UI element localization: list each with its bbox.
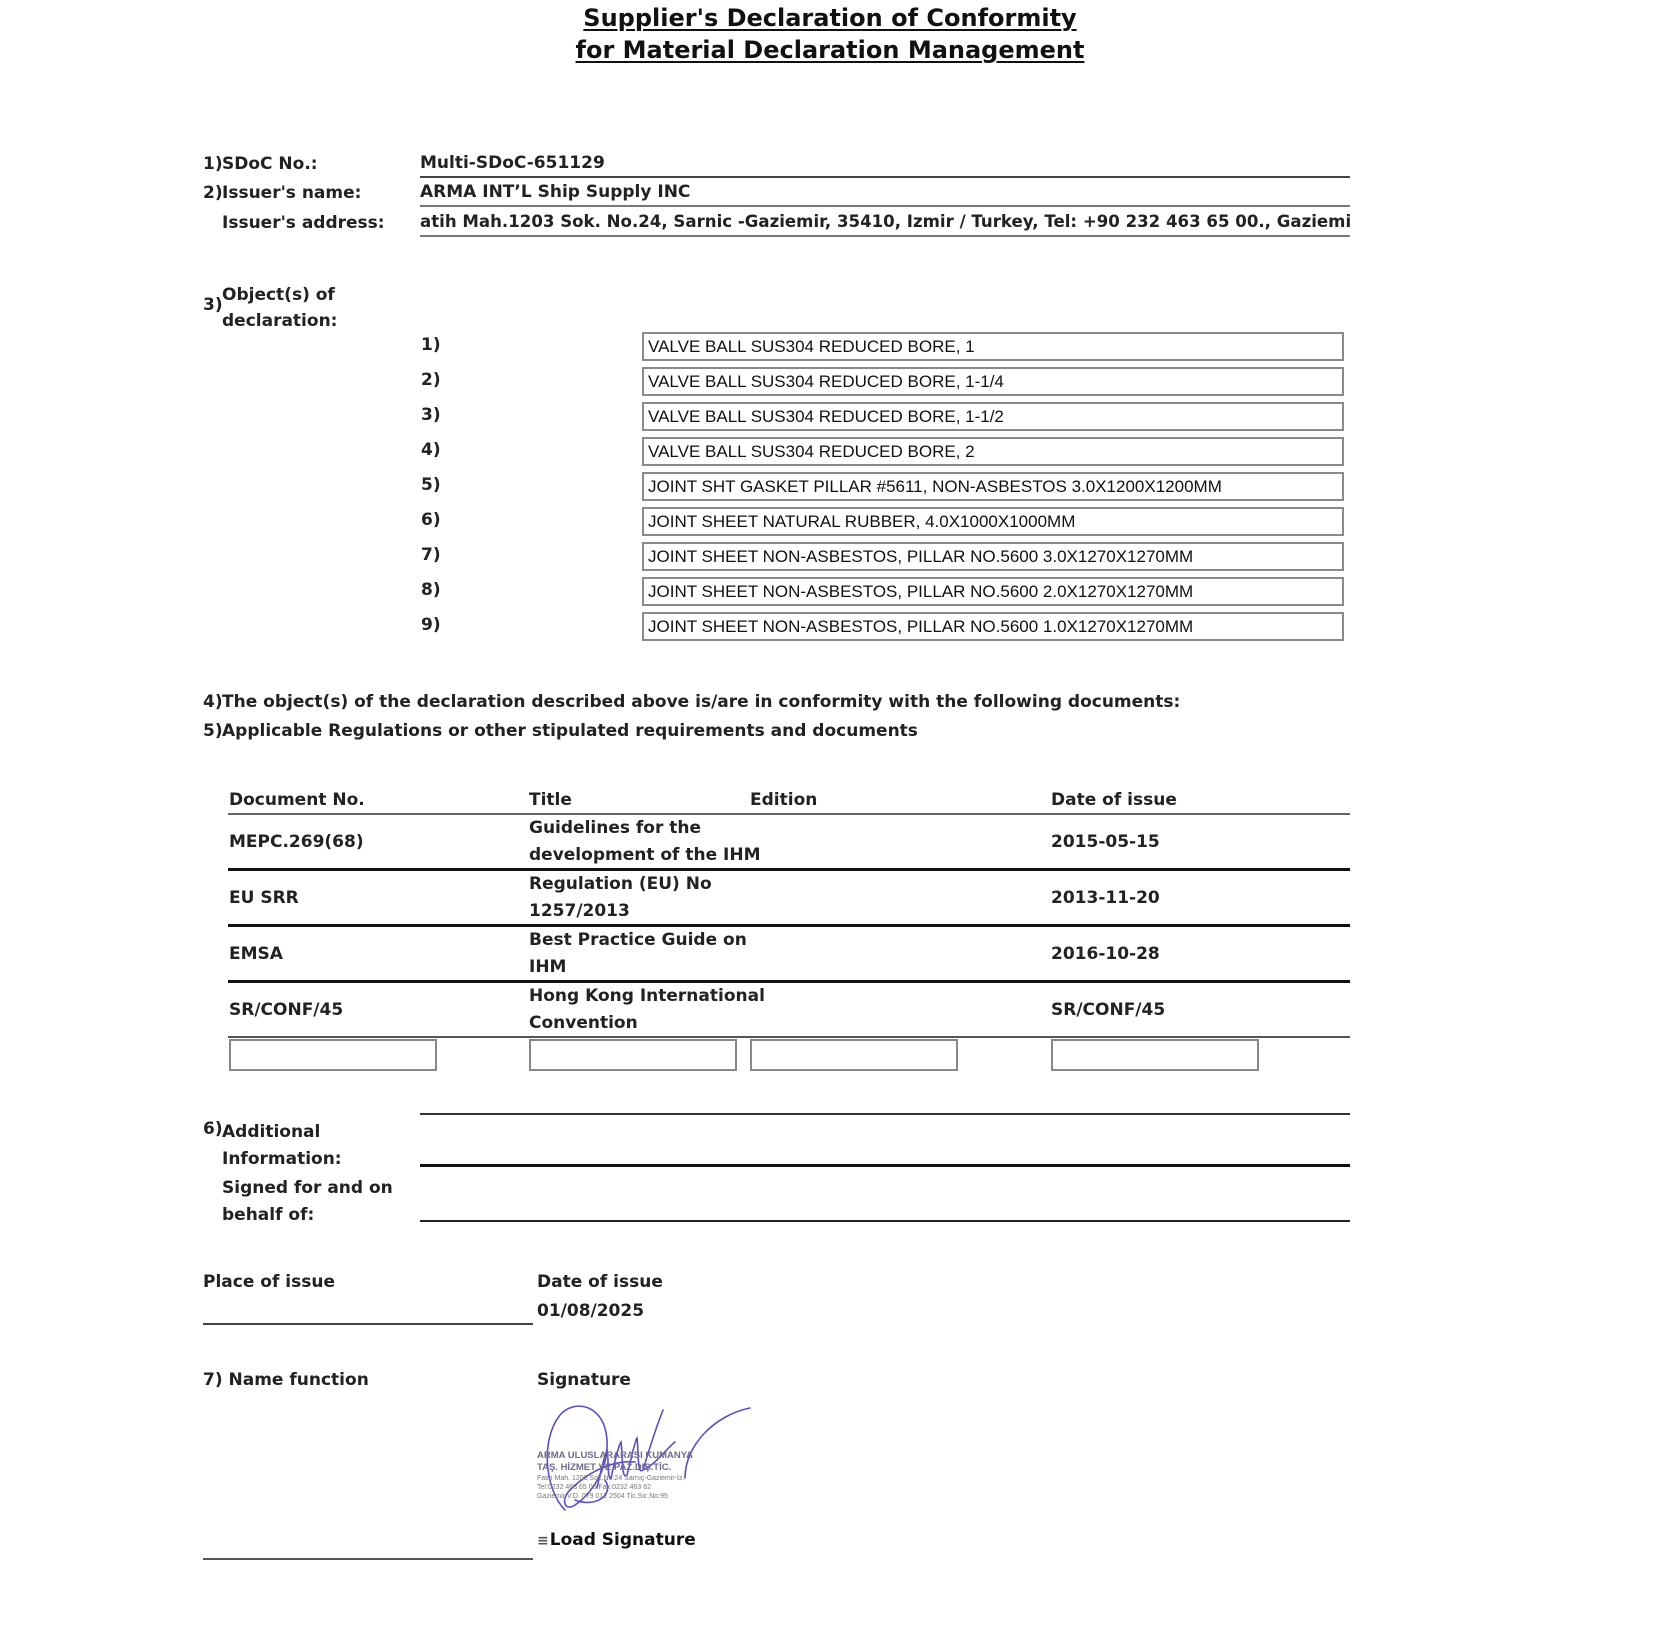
date-cell: 2016-10-28 [1051,941,1160,968]
name-function-line[interactable] [203,1558,533,1560]
date-cell: SR/CONF/45 [1051,997,1165,1024]
document-no-cell: MEPC.269(68) [229,829,364,856]
sdoc-no-label: SDoC No.: [222,154,318,174]
table-header-divider [228,813,1350,815]
object-index: 5) [421,475,441,495]
row-divider [228,868,1350,871]
object-index: 8) [421,580,441,600]
issuer-name-index: 2) [203,183,223,203]
title-cell-line-2: IHM [529,954,566,981]
issuer-address-field[interactable]: atih Mah.1203 Sok. No.24, Sarnic -Gaziem… [420,211,1350,237]
object-index: 6) [421,510,441,530]
title-line-1: Supplier's Declaration of Conformity [583,4,1076,32]
conformity-statement: The object(s) of the declaration describ… [222,692,1180,712]
title-line-2: for Material Declaration Management [576,36,1085,64]
date-of-issue-label: Date of issue [537,1272,663,1292]
svg-text:ARMA ULUSLARARASI KUMANYA: ARMA ULUSLARARASI KUMANYA [537,1450,693,1461]
new-date-input[interactable] [1051,1039,1259,1071]
objects-index: 3) [203,295,223,315]
sdoc-no-field[interactable]: Multi-SDoC-651129 [420,152,1350,178]
row-divider [228,1036,1350,1038]
column-header-document-no: Document No. [229,790,365,810]
object-field[interactable]: JOINT SHEET NON-ASBESTOS, PILLAR NO.5600… [642,542,1344,571]
column-header-date: Date of issue [1051,790,1177,810]
additional-index: 6) [203,1119,223,1139]
objects-label: Object(s) of declaration: [222,282,337,334]
svg-text:Fatih Mah. 1203 Sok.No:24 Sarn: Fatih Mah. 1203 Sok.No:24 Sarnıç-Gaziemi… [537,1473,685,1482]
signature-image: ARMA ULUSLARARASI KUMANYA TAŞ. HİZMET VE… [535,1400,755,1515]
issuer-name-label: Issuer's name: [222,183,361,203]
title-cell-line-2: development of the IHM [529,842,761,869]
name-function-label: 7) Name function [203,1370,369,1390]
object-field[interactable]: VALVE BALL SUS304 REDUCED BORE, 1-1/4 [642,367,1344,396]
column-header-edition: Edition [750,790,817,810]
conformity-index-4: 4) [203,692,223,712]
row-divider [228,980,1350,983]
conformity-index-5: 5) [203,721,223,741]
signature-scribble-icon: ARMA ULUSLARARASI KUMANYA TAŞ. HİZMET VE… [535,1400,755,1515]
object-index: 4) [421,440,441,460]
new-edition-input[interactable] [750,1039,958,1071]
title-cell-line-2: 1257/2013 [529,898,630,925]
column-header-title: Title [529,790,572,810]
object-index: 1) [421,335,441,355]
object-field[interactable]: VALVE BALL SUS304 REDUCED BORE, 1-1/2 [642,402,1344,431]
object-field[interactable]: JOINT SHEET NON-ASBESTOS, PILLAR NO.5600… [642,577,1344,606]
title-cell-line-1: Regulation (EU) No [529,871,712,898]
date-cell: 2015-05-15 [1051,829,1160,856]
sdoc-number-index: 1) [203,154,223,174]
list-icon: ≡ [537,1533,549,1549]
issuer-address-label: Issuer's address: [222,213,385,233]
title-cell-line-1: Guidelines for the [529,815,701,842]
load-signature-button[interactable]: ≡Load Signature [537,1530,696,1550]
svg-text:Tel:0232 463 65 00 Fax:0232 4: Tel:0232 463 65 00 Fax:0232 463 62 [537,1484,651,1491]
object-index: 9) [421,615,441,635]
document-no-cell: EU SRR [229,885,299,912]
document-title: Supplier's Declaration of Conformity for… [0,2,1655,66]
new-title-input[interactable] [529,1039,737,1071]
svg-text:TAŞ. HİZMET VE PAZ.DIŞ.TİC.: TAŞ. HİZMET VE PAZ.DIŞ.TİC. [537,1462,671,1473]
additional-info-label: Additional Information: [222,1119,342,1173]
new-document-no-input[interactable] [229,1039,437,1071]
place-of-issue-label: Place of issue [203,1272,335,1292]
regulations-heading: Applicable Regulations or other stipulat… [222,721,918,741]
object-field[interactable]: JOINT SHT GASKET PILLAR #5611, NON-ASBES… [642,472,1344,501]
objects-label-line-1: Object(s) of [222,282,337,308]
signed-label-line-1: Signed for and on [222,1175,393,1202]
load-signature-label: Load Signature [550,1530,696,1550]
objects-label-line-2: declaration: [222,308,337,334]
additional-info-field[interactable] [420,1140,1350,1167]
object-index: 3) [421,405,441,425]
svg-text:Gaziemir V.D. 079 012 2504 Ti: Gaziemir V.D. 079 012 2504 Tic.Sic.No:95 [537,1493,668,1500]
document-no-cell: SR/CONF/45 [229,997,343,1024]
document-no-cell: EMSA [229,941,283,968]
object-field[interactable]: VALVE BALL SUS304 REDUCED BORE, 1 [642,332,1344,361]
object-field[interactable]: JOINT SHEET NON-ASBESTOS, PILLAR NO.5600… [642,612,1344,641]
signature-label: Signature [537,1370,631,1390]
date-of-issue-value[interactable]: 01/08/2025 [537,1301,644,1321]
signed-behalf-label: Signed for and on behalf of: [222,1175,393,1229]
title-cell-line-1: Hong Kong International [529,983,765,1010]
title-cell-line-1: Best Practice Guide on [529,927,747,954]
title-cell-line-2: Convention [529,1010,638,1037]
additional-label-line-2: Information: [222,1146,342,1173]
object-field[interactable]: JOINT SHEET NATURAL RUBBER, 4.0X1000X100… [642,507,1344,536]
date-cell: 2013-11-20 [1051,885,1160,912]
additional-info-top-line [420,1113,1350,1115]
place-of-issue-field[interactable] [203,1299,533,1325]
object-field[interactable]: VALVE BALL SUS304 REDUCED BORE, 2 [642,437,1344,466]
additional-label-line-1: Additional [222,1119,342,1146]
row-divider [228,924,1350,927]
object-index: 7) [421,545,441,565]
object-index: 2) [421,370,441,390]
signed-behalf-field[interactable] [420,1196,1350,1222]
signed-label-line-2: behalf of: [222,1202,393,1229]
issuer-name-field[interactable]: ARMA INT’L Ship Supply INC [420,181,1350,207]
